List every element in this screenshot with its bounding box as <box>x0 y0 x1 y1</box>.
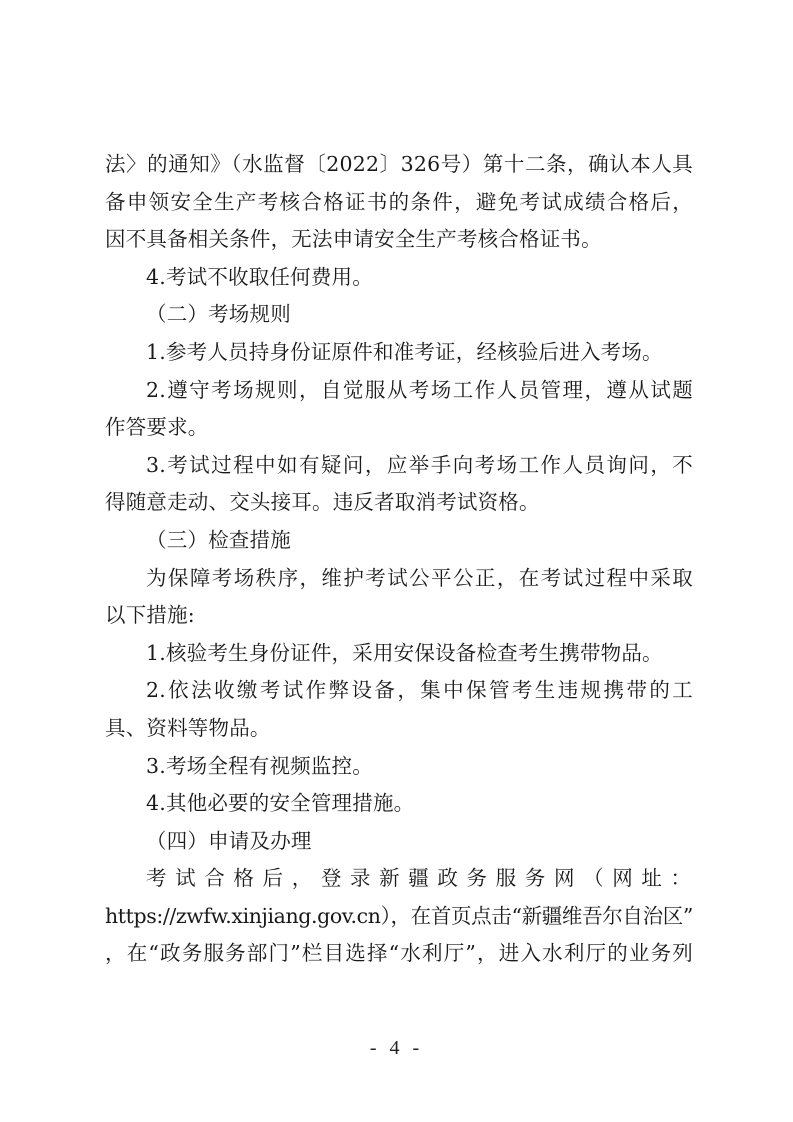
paragraph-line: 因不具备相关条件，无法申请安全生产考核合格证书。 <box>105 221 693 259</box>
list-item: 1.参考人员持身份证原件和准考证，经核验后进入考场。 <box>105 334 693 372</box>
list-item: 3.考场全程有视频监控。 <box>105 748 693 786</box>
paragraph-line: 备申领安全生产考核合格证书的条件，避免考试成绩合格后， <box>105 184 693 222</box>
page-number: - 4 - <box>0 1037 793 1060</box>
paragraph-line: 法〉的通知》（水监督〔2022〕326号）第十二条，确认本人具 <box>105 146 693 184</box>
paragraph-line: 得随意走动、交头接耳。违反者取消考试资格。 <box>105 484 693 522</box>
list-item: 4.考试不收取任何费用。 <box>105 259 693 297</box>
list-item: 2.遵守考场规则，自觉服从考场工作人员管理，遵从试题 <box>105 372 693 410</box>
list-item: 2.依法收缴考试作弊设备，集中保管考生违规携带的工 <box>105 672 693 710</box>
paragraph-line: 考试合格后，登录新疆政务服务网（网址： <box>105 860 693 898</box>
section-heading: （二）考场规则 <box>105 296 693 334</box>
paragraph-line: 为保障考场秩序，维护考试公平公正，在考试过程中采取 <box>105 560 693 598</box>
list-item: 4.其他必要的安全管理措施。 <box>105 785 693 823</box>
section-heading: （三）检查措施 <box>105 522 693 560</box>
section-heading: （四）申请及办理 <box>105 823 693 861</box>
paragraph-line: 作答要求。 <box>105 409 693 447</box>
paragraph-line: 具、资料等物品。 <box>105 710 693 748</box>
url-line: https://zwfw.xinjiang.gov.cn），在首页点击“新疆维吾… <box>105 898 693 936</box>
paragraph-line: 以下措施: <box>105 597 693 635</box>
list-item: 3.考试过程中如有疑问，应举手向考场工作人员询问，不 <box>105 447 693 485</box>
document-page: 法〉的通知》（水监督〔2022〕326号）第十二条，确认本人具 备申领安全生产考… <box>0 0 793 1122</box>
body-text: 法〉的通知》（水监督〔2022〕326号）第十二条，确认本人具 备申领安全生产考… <box>105 146 693 973</box>
paragraph-line: ，在“政务服务部门”栏目选择“水利厅”，进入水利厅的业务列 <box>105 935 693 973</box>
list-item: 1.核验考生身份证件，采用安保设备检查考生携带物品。 <box>105 635 693 673</box>
